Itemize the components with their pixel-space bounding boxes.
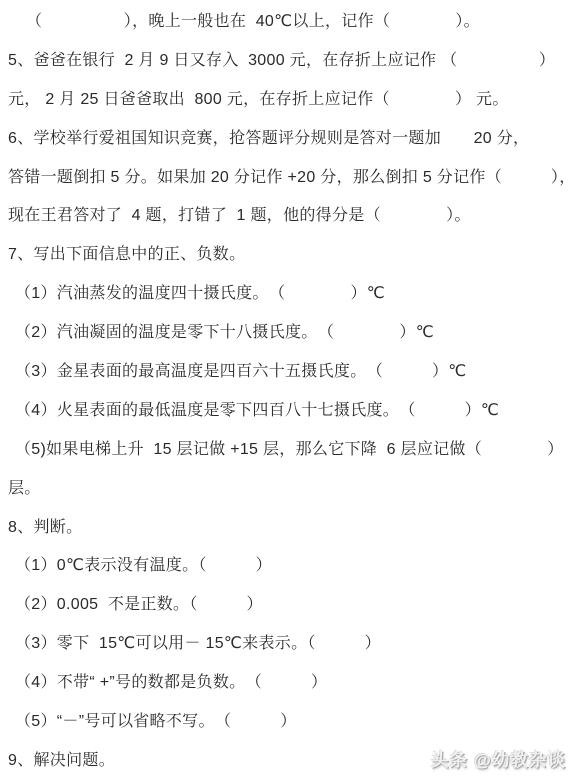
worksheet-line-q8-item-5: （5）“－”号可以省略不写。 （ ） (0, 700, 575, 739)
worksheet-line-question-6: 6、学校举行爱祖国知识竞赛，抢答题评分规则是答对一题加 20 分， (0, 117, 575, 156)
worksheet-body: （ ），晚上一般也在 40℃以上，记作（ ）。 5、爸爸在银行 2 月 9 日又… (0, 0, 575, 778)
worksheet-line-q8-item-1: （1）0℃表示没有温度。（ ） (0, 544, 575, 583)
worksheet-page: （ ），晚上一般也在 40℃以上，记作（ ）。 5、爸爸在银行 2 月 9 日又… (0, 0, 575, 779)
worksheet-line: 元， 2 月 25 日爸爸取出 800 元，在存折上应记作（ ） 元。 (0, 78, 575, 117)
worksheet-line-q7-item-5: （5)如果电梯上升 15 层记做 +15 层，那么它下降 6 层应记做（ ） (0, 428, 575, 467)
worksheet-line-q7-item-3: （3）金星表面的最高温度是四百六十五摄氏度。 （ ）℃ (0, 350, 575, 389)
worksheet-line-q7-item-4: （4）火星表面的最低温度是零下四百八十七摄氏度。 （ ）℃ (0, 389, 575, 428)
worksheet-line: 现在王君答对了 4 题，打错了 1 题，他的得分是（ ）。 (0, 194, 575, 233)
worksheet-line: 答错一题倒扣 5 分。如果加 20 分记作 +20 分，那么倒扣 5 分记作（ … (0, 156, 575, 195)
toutiao-watermark: 头条 @幼教杂谈 (431, 747, 566, 772)
worksheet-line-q7-item-1: （1）汽油蒸发的温度四十摄氏度。 （ ）℃ (0, 272, 575, 311)
worksheet-line-question-7: 7、写出下面信息中的正、负数。 (0, 233, 575, 272)
worksheet-line-q7-item-2: （2）汽油凝固的温度是零下十八摄氏度。 （ ）℃ (0, 311, 575, 350)
worksheet-line-q8-item-2: （2）0.005 不是正数。（ ） (0, 583, 575, 622)
worksheet-line-q8-item-3: （3）零下 15℃可以用－ 15℃来表示。（ ） (0, 622, 575, 661)
worksheet-line-question-8: 8、判断。 (0, 506, 575, 545)
worksheet-line: 层。 (0, 467, 575, 506)
worksheet-line-question-5: 5、爸爸在银行 2 月 9 日又存入 3000 元，在存折上应记作 （ ） (0, 39, 575, 78)
worksheet-line: （ ），晚上一般也在 40℃以上，记作（ ）。 (0, 0, 575, 39)
worksheet-line-q8-item-4: （4）不带“ +”号的数都是负数。 （ ） (0, 661, 575, 700)
